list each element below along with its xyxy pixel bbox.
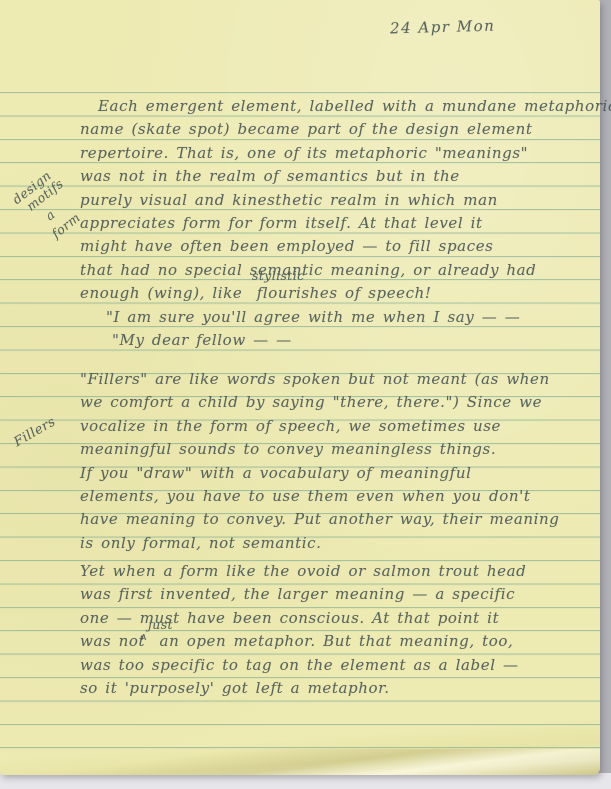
- photo-background: 24 Apr Mon design motifs a form Fillers …: [0, 0, 611, 789]
- handwritten-line: Each emergent element, labelled with a m…: [80, 95, 590, 118]
- handwritten-quote-line: "I am sure you'll agree with me when I s…: [80, 306, 590, 329]
- handwritten-line: elements, you have to use them even when…: [80, 485, 590, 508]
- handwritten-line: name (skate spot) became part of the des…: [80, 118, 590, 141]
- handwritten-line-with-insertion: enough (wing), like stylistic flourishes…: [80, 282, 590, 305]
- line-segment: enough (wing), like: [80, 284, 242, 302]
- inserted-word: stylistic: [252, 270, 305, 282]
- line-segment: flourishes of speech!: [257, 284, 432, 302]
- handwritten-line: so it 'purposely' got left a metaphor.: [80, 677, 590, 700]
- handwritten-line: that had no special semantic meaning, or…: [80, 259, 590, 282]
- line-segment: an open metaphor. But that meaning, too,: [160, 632, 514, 650]
- handwritten-line-with-insertion: was not ∧ just an open metaphor. But tha…: [80, 630, 590, 653]
- line-segment: was not: [80, 632, 145, 650]
- handwritten-line: "Fillers" are like words spoken but not …: [80, 368, 590, 391]
- handwritten-line: meaningful sounds to convey meaningless …: [80, 438, 590, 461]
- handwritten-line: is only formal, not semantic.: [80, 532, 590, 555]
- date-heading: 24 Apr Mon: [390, 17, 496, 38]
- margin-note-design-motifs: design motifs a form: [10, 166, 88, 247]
- handwritten-line: vocalize in the form of speech, we somet…: [80, 415, 590, 438]
- paragraph-fillers: "Fillers" are like words spoken but not …: [80, 368, 590, 555]
- handwritten-line: repertoire. That is, one of its metaphor…: [80, 142, 590, 165]
- handwritten-line: might have often been employed — to fill…: [80, 235, 590, 258]
- insertion-caret: ∧: [140, 633, 148, 643]
- paragraph-ovoid-metaphor: Yet when a form like the ovoid or salmon…: [80, 560, 590, 700]
- paper-bottom-crease: [0, 749, 600, 775]
- handwritten-line: If you "draw" with a vocabulary of meani…: [80, 462, 590, 485]
- handwritten-line: was too specific to tag on the element a…: [80, 654, 590, 677]
- handwritten-line: we comfort a child by saying "there, the…: [80, 391, 590, 414]
- handwritten-line: purely visual and kinesthetic realm in w…: [80, 189, 590, 212]
- handwritten-quote-line: "My dear fellow — —: [80, 329, 590, 352]
- notebook-page: 24 Apr Mon design motifs a form Fillers …: [0, 0, 600, 775]
- handwritten-line: was not in the realm of semantics but in…: [80, 165, 590, 188]
- inserted-word: just: [148, 619, 173, 631]
- margin-note-fillers: Fillers: [12, 415, 58, 449]
- handwritten-line: appreciates form for form itself. At tha…: [80, 212, 590, 235]
- handwritten-line: have meaning to convey. Put another way,…: [80, 508, 590, 531]
- handwritten-line: Yet when a form like the ovoid or salmon…: [80, 560, 590, 583]
- paragraph-design-elements: Each emergent element, labelled with a m…: [80, 95, 590, 352]
- handwritten-line: was first invented, the larger meaning —…: [80, 583, 590, 606]
